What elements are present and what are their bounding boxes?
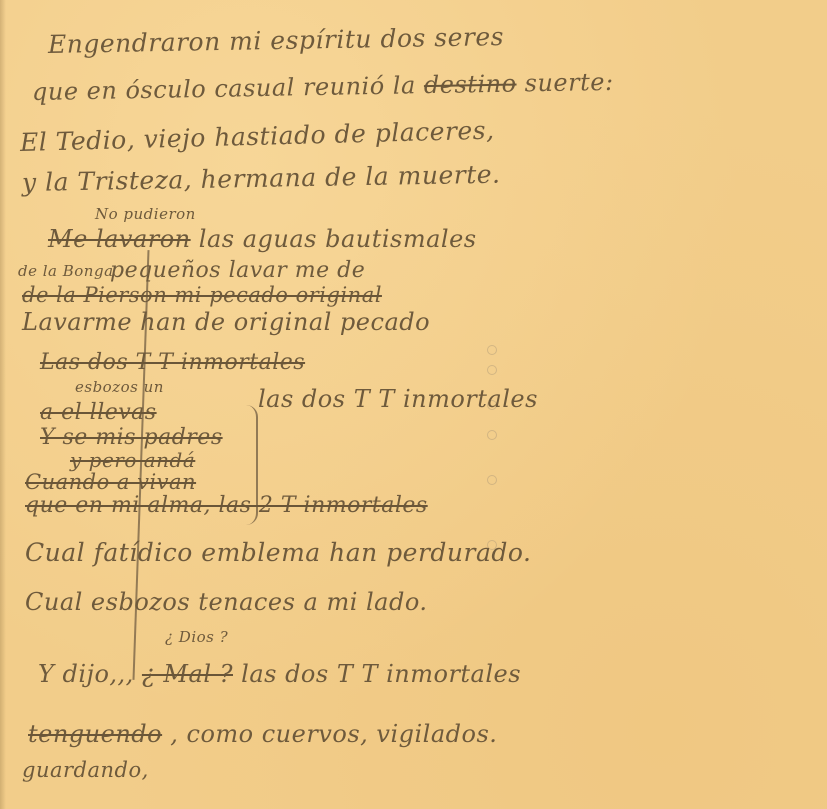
- verse-line-5: Me lavaron las aguas bautismales: [48, 225, 477, 253]
- margin-note: de la Bonga: [18, 262, 114, 280]
- verse-line-1: Engendraron mi espíritu dos seres: [48, 22, 504, 59]
- revision-above-line-10: esbozos un: [75, 378, 164, 396]
- verse-line-10: las dos T T inmortales: [258, 385, 538, 413]
- verse-line-7-struck: de la Pierson mi pecado original: [22, 283, 382, 307]
- verse-line-2-struck: destino: [424, 70, 517, 100]
- verse-line-6: pequeños lavar me de: [110, 258, 365, 283]
- verse-line-5-struck: Me lavaron: [48, 225, 191, 253]
- verse-line-2-text: que en ósculo casual reunió la: [32, 71, 416, 106]
- revision-above-line-17: ¿ Dios ?: [165, 628, 228, 646]
- verse-line-13-struck: Cuando a vivan: [25, 470, 196, 494]
- verse-line-19: guardando,: [22, 758, 149, 782]
- watermark-dot: [487, 475, 497, 485]
- verse-line-8: Lavarme han de original pecado: [22, 308, 430, 336]
- verse-line-17: Y dijo,,, ¿ Mal ? las dos T T inmortales: [38, 660, 521, 688]
- verse-line-17-text: las dos T T inmortales: [241, 660, 521, 688]
- verse-line-18: tenguendo , como cuervos, vigilados.: [28, 720, 497, 748]
- verse-line-11-struck: Y se mis padres: [40, 425, 223, 450]
- manuscript-page: Engendraron mi espíritu dos seres que en…: [0, 0, 827, 809]
- watermark-dot: [487, 365, 497, 375]
- verse-line-3: El Tedio, viejo hastiado de placeres,: [20, 116, 495, 157]
- paper-edge: [0, 0, 6, 809]
- verse-line-12-struck: y pero andá: [70, 448, 195, 472]
- verse-line-10-struck: a el llevas: [40, 400, 157, 425]
- verse-line-9-struck: Las dos T T inmortales: [40, 350, 305, 375]
- verse-line-17-prefix: Y dijo,,,: [38, 660, 134, 688]
- verse-line-15: Cual fatídico emblema han perdurado.: [25, 538, 531, 567]
- watermark-dot: [487, 430, 497, 440]
- verse-line-2: que en ósculo casual reunió la destino s…: [32, 68, 614, 106]
- verse-line-18-struck: tenguendo: [28, 720, 162, 748]
- verse-line-17-struck: ¿ Mal ?: [142, 660, 233, 688]
- verse-line-16: Cual esbozos tenaces a mi lado.: [25, 588, 428, 616]
- verse-line-2-tail: suerte:: [524, 68, 613, 98]
- verse-line-5-text: las aguas bautismales: [199, 225, 477, 253]
- verse-line-14-struck: que en mi alma, las 2 T inmortales: [25, 493, 428, 518]
- watermark-dot: [487, 345, 497, 355]
- revision-above-line-5: No pudieron: [95, 205, 196, 223]
- verse-line-4: y la Tristeza, hermana de la muerte.: [22, 160, 501, 197]
- verse-line-18-text: , como cuervos, vigilados.: [170, 720, 497, 748]
